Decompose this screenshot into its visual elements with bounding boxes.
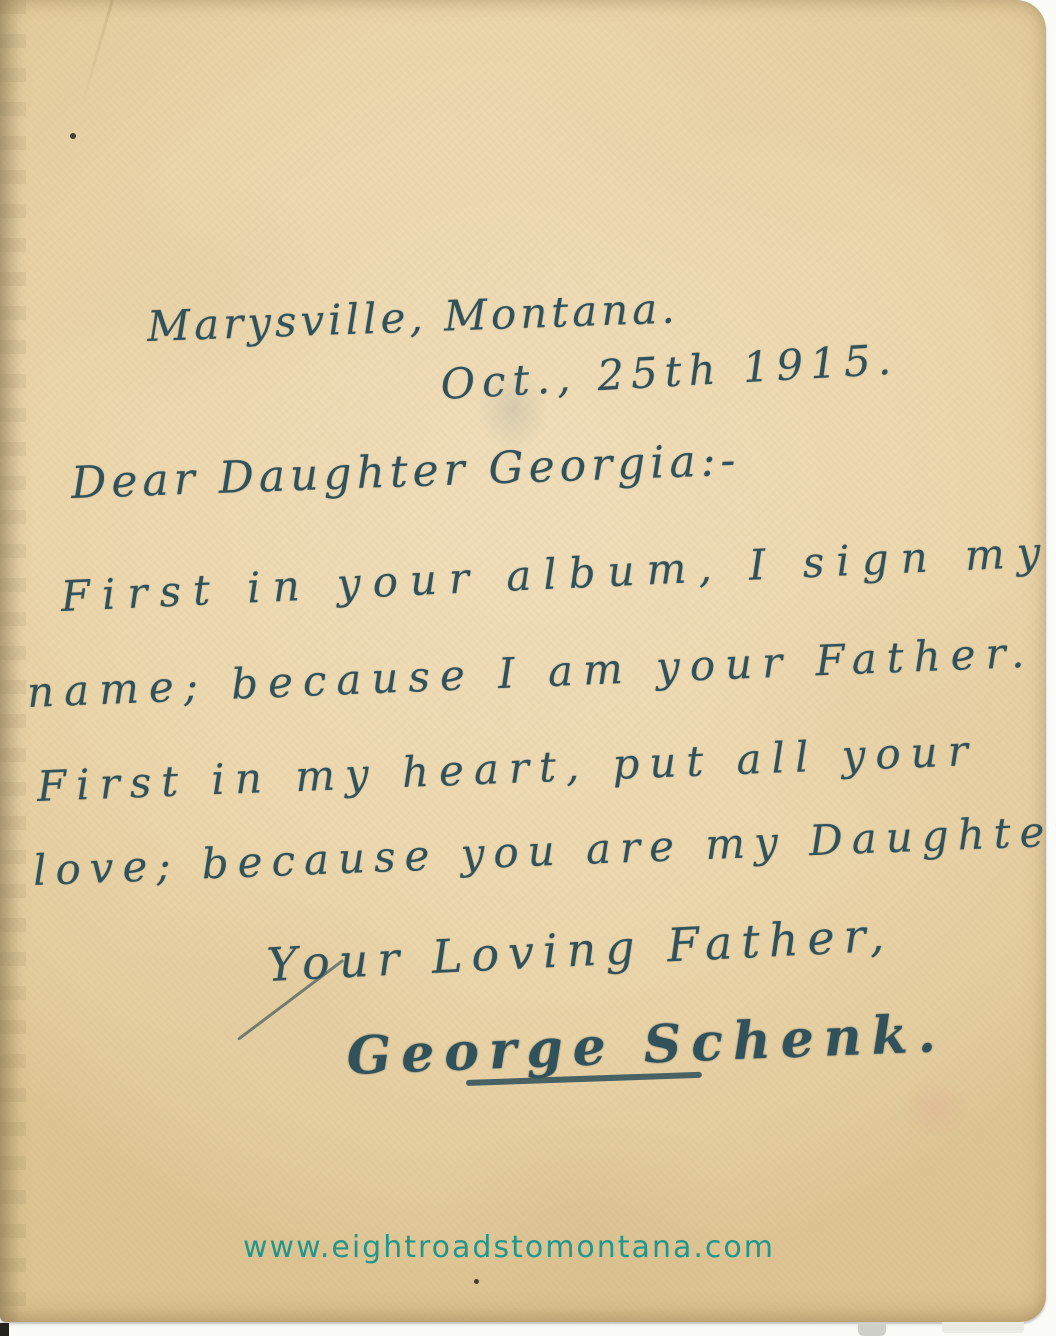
letter-salutation: Dear Daughter Georgia:- (70, 435, 741, 509)
scan-corner-mark (0, 1323, 9, 1336)
letter-body-line-3: First in my heart, put all your (36, 726, 979, 811)
underlying-page-tab (858, 1324, 886, 1336)
letter-closing: Your Loving Father, (265, 907, 894, 992)
website-watermark: www.eightroadstomontana.com (243, 1230, 775, 1265)
letter-body-line-1: First in your album, I sign my (60, 527, 1054, 621)
letter-date-line: Oct., 25th 1915. (439, 335, 899, 409)
underlying-page-tab (942, 1322, 1024, 1333)
paper-speck (474, 1279, 479, 1284)
scanned-letter-photo: Marysville, Montana. Oct., 25th 1915. De… (0, 0, 1056, 1336)
letter-body-line-4: love; because you are my Daughter. (32, 805, 1056, 895)
pink-smudge (900, 1078, 970, 1138)
paper-speck (70, 133, 76, 139)
letter-body-line-2: name; because I am your Father. (26, 628, 1035, 717)
album-page-paper: Marysville, Montana. Oct., 25th 1915. De… (0, 0, 1046, 1322)
letter-place-line: Marysville, Montana. (146, 283, 679, 351)
